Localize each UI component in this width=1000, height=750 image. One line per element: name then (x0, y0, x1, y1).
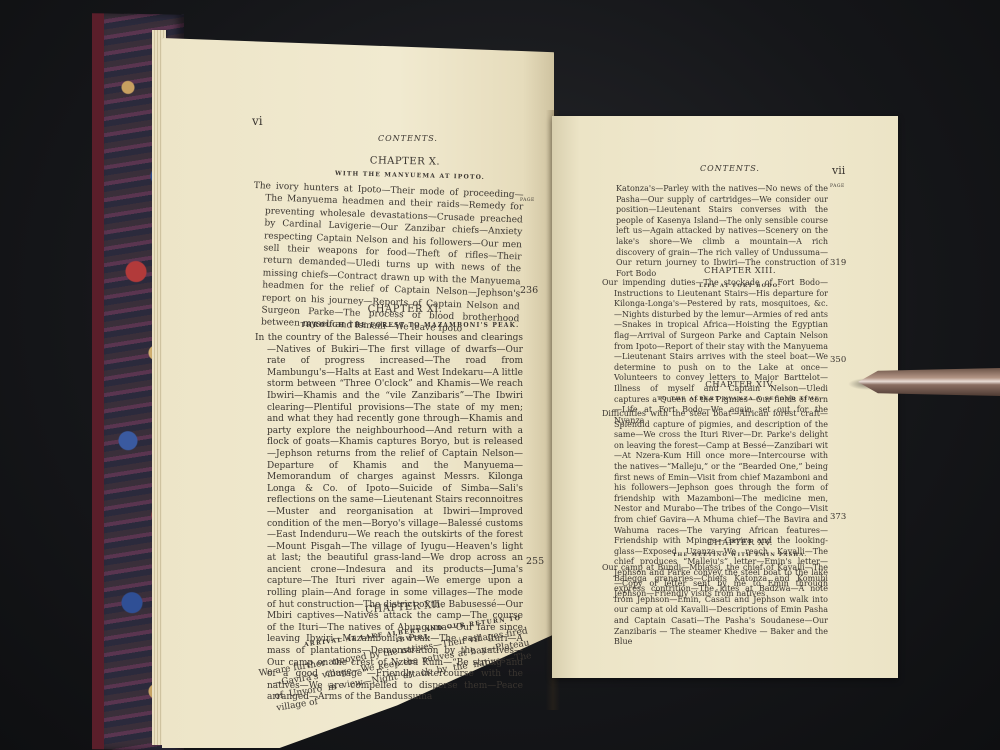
chapter-heading: CHAPTER XIII. (680, 266, 800, 276)
page-number: 373 (830, 512, 846, 522)
page-number: 319 (830, 258, 846, 268)
chapter-summary: Our camp at Bundi—Mbiassi, the chief of … (602, 563, 828, 648)
chapter-subtitle: THE MEETING WITH EMIN PASHA. (650, 552, 830, 558)
page-number: 350 (830, 355, 846, 365)
chapter-heading: CHAPTER XV. (680, 538, 800, 548)
left-running-head: CONTENTS. (378, 134, 438, 143)
chapter-summary: Our impending duties—The stockade of For… (602, 278, 828, 426)
chapter-heading: CHAPTER X. (340, 155, 470, 168)
chapter-heading: CHAPTER XIV. (680, 380, 800, 390)
page-column-label: PAGE (830, 184, 845, 189)
page-number: 236 (520, 285, 538, 296)
right-running-head: CONTENTS. (700, 164, 760, 173)
left-folio: vi (252, 114, 263, 128)
chapter-subtitle: TO THE ALBERT NYANZA A SECOND TIME. (640, 396, 840, 402)
chapter-heading: CHAPTER XI. (340, 304, 470, 315)
letter-opener-icon (858, 368, 1000, 396)
chapter-subtitle: THROUGH THE FOREST TO MAZAMBONI'S PEAK. (300, 322, 520, 329)
photo-scene: vi CONTENTS. CHAPTER X. WITH THE MANYUEM… (0, 0, 1000, 750)
right-folio: vii (832, 164, 845, 177)
page-number: 255 (526, 556, 544, 567)
